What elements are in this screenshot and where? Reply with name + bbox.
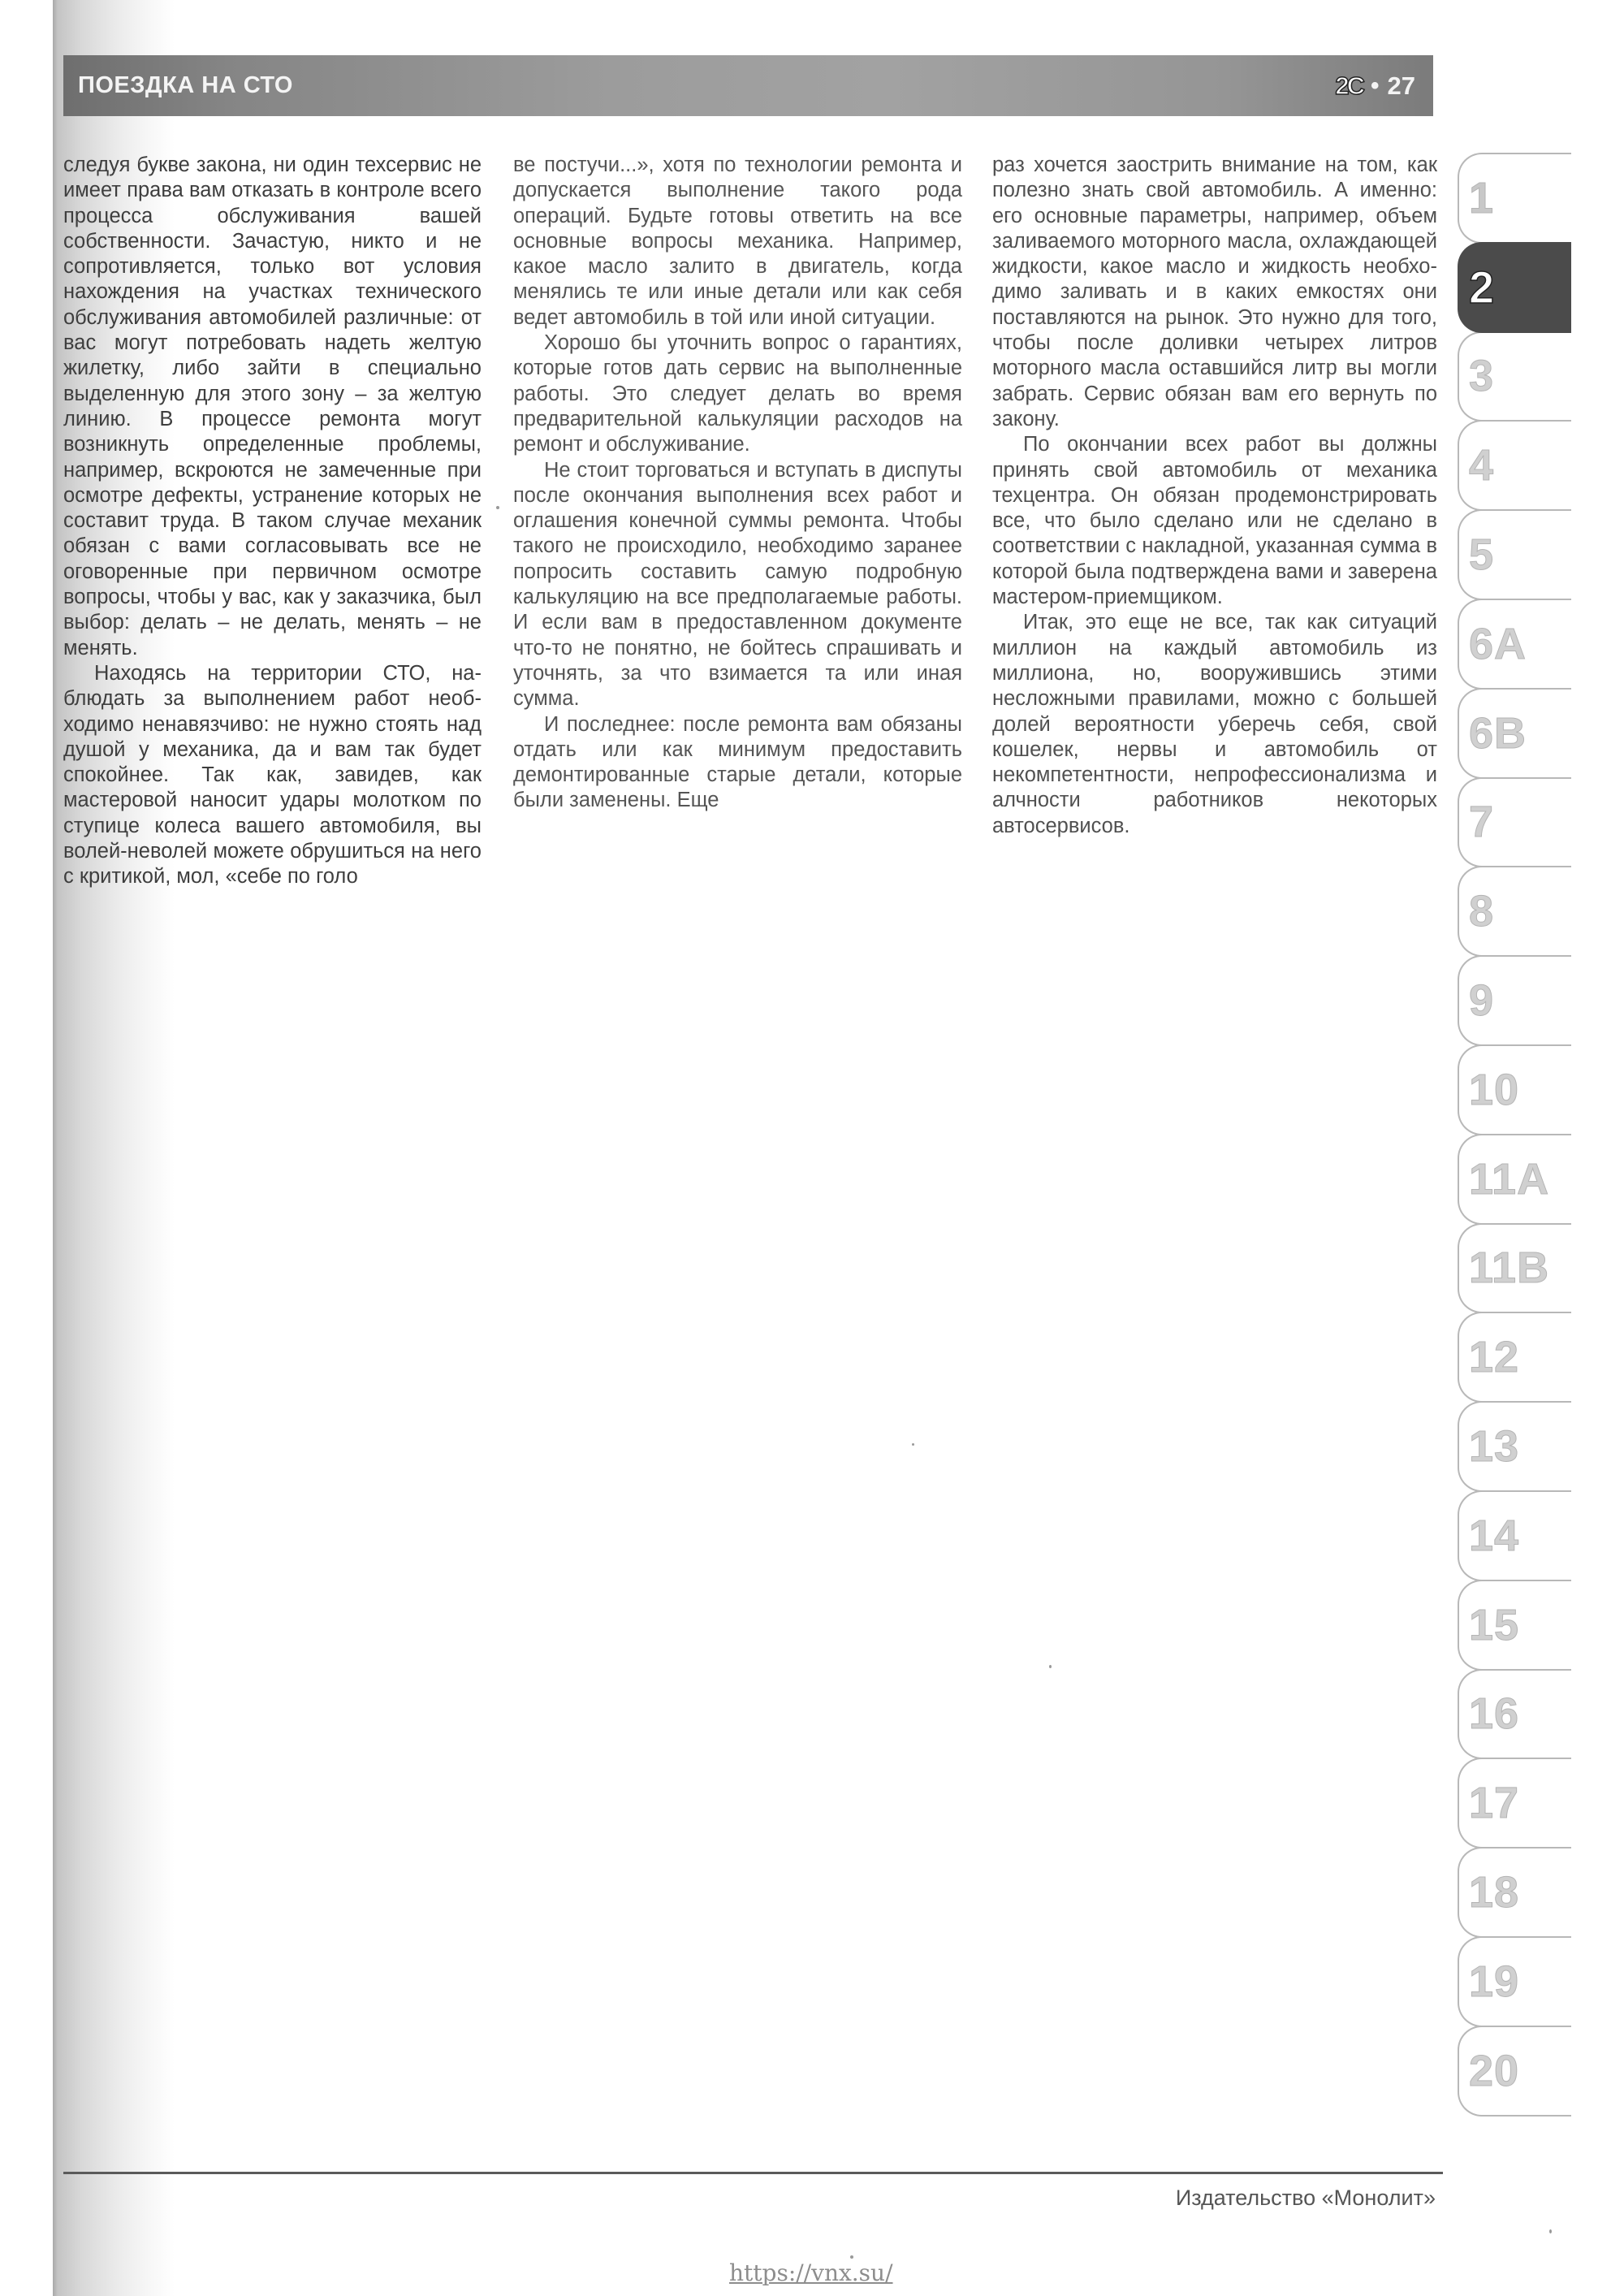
tab-label: 18: [1469, 1867, 1519, 1918]
scan-speck: [850, 2255, 853, 2259]
chapter-tab-9[interactable]: 9: [1458, 955, 1571, 1046]
scan-speck: [912, 1443, 914, 1446]
chapter-tab-4[interactable]: 4: [1458, 420, 1571, 511]
tab-label: 15: [1469, 1600, 1519, 1650]
chapter-tab-6b[interactable]: 6B: [1458, 688, 1571, 779]
tab-label: 12: [1469, 1332, 1519, 1382]
chapter-tab-6a[interactable]: 6A: [1458, 599, 1571, 690]
paragraph: Итак, это еще не все, так как ситу­аций …: [992, 610, 1437, 839]
tab-label: 3: [1469, 351, 1494, 401]
chapter-tab-11b[interactable]: 11B: [1458, 1223, 1571, 1314]
tab-label: 17: [1469, 1778, 1519, 1828]
chapter-tab-14[interactable]: 14: [1458, 1490, 1571, 1581]
scan-speck: [1549, 2229, 1552, 2233]
text-column-1: следуя букве закона, ни один техсер­вис …: [63, 153, 482, 890]
chapter-tab-16[interactable]: 16: [1458, 1669, 1571, 1760]
chapter-tab-7[interactable]: 7: [1458, 777, 1571, 868]
paragraph: Хорошо бы уточнить вопрос о га­рантиях, …: [513, 331, 962, 457]
tab-label: 16: [1469, 1688, 1519, 1739]
paragraph: По окончании всех работ вы должны принят…: [992, 432, 1437, 610]
publisher-credit: Издательство «Монолит»: [1176, 2186, 1436, 2211]
chapter-tab-8[interactable]: 8: [1458, 866, 1571, 957]
footer-divider: [63, 2172, 1443, 2174]
tab-label: 4: [1469, 440, 1494, 491]
paragraph: Находясь на территории СТО, на­блюдать з…: [63, 661, 482, 890]
chapter-tab-5[interactable]: 5: [1458, 509, 1571, 600]
watermark-link[interactable]: https://vnx.su/: [729, 2259, 893, 2286]
running-header: ПОЕЗДКА НА СТО 2C • 27: [63, 55, 1433, 116]
tab-label: 19: [1469, 1957, 1519, 2007]
tab-label: 11B: [1469, 1243, 1549, 1293]
paragraph: раз хочется заострить внимание на том, к…: [992, 153, 1437, 432]
tab-label: 20: [1469, 2046, 1519, 2096]
tab-label: 5: [1469, 530, 1494, 580]
scan-speck: [496, 506, 499, 509]
chapter-tab-18[interactable]: 18: [1458, 1847, 1571, 1938]
tab-label: 6B: [1469, 708, 1527, 759]
tab-label: 2: [1469, 261, 1495, 313]
paragraph: ве постучи...», хотя по технологии ре­мо…: [513, 153, 962, 331]
chapter-tab-11a[interactable]: 11A: [1458, 1134, 1571, 1225]
chapter-tab-13[interactable]: 13: [1458, 1401, 1571, 1492]
tab-label: 9: [1469, 975, 1494, 1026]
chapter-tab-1[interactable]: 1: [1458, 153, 1571, 244]
chapter-tab-3[interactable]: 3: [1458, 331, 1571, 422]
tab-label: 1: [1469, 173, 1494, 223]
chapter-tab-17[interactable]: 17: [1458, 1758, 1571, 1848]
chapter-tab-15[interactable]: 15: [1458, 1580, 1571, 1671]
paragraph: Не стоит торговаться и вступать в диспут…: [513, 458, 962, 712]
paragraph: И последнее: после ремонта вам обязаны о…: [513, 712, 962, 814]
tab-label: 13: [1469, 1421, 1519, 1472]
chapter-tab-19[interactable]: 19: [1458, 1936, 1571, 2027]
tab-label: 7: [1469, 797, 1494, 847]
tab-label: 14: [1469, 1511, 1519, 1561]
chapter-tab-12[interactable]: 12: [1458, 1312, 1571, 1403]
chapter-tabs: 1 2 3 4 5 6A 6B 7 8 9 10 11A 11B 12 13 1…: [1458, 154, 1571, 2117]
bullet-separator: •: [1371, 72, 1380, 100]
section-title: ПОЕЗДКА НА СТО: [78, 72, 293, 99]
chapter-tab-2[interactable]: 2: [1458, 242, 1571, 333]
scan-speck: [1049, 1665, 1052, 1668]
chapter-tab-20[interactable]: 20: [1458, 2026, 1571, 2117]
paragraph: следуя букве закона, ни один техсер­вис …: [63, 153, 482, 661]
tab-label: 11A: [1469, 1154, 1549, 1204]
page-info: 2C • 27: [1335, 71, 1415, 101]
chapter-tab-10[interactable]: 10: [1458, 1044, 1571, 1135]
book-logo-icon: 2C: [1335, 71, 1363, 101]
text-column-2: ве постучи...», хотя по технологии ре­мо…: [513, 153, 962, 814]
tab-label: 6A: [1469, 619, 1527, 669]
tab-label: 8: [1469, 886, 1494, 936]
text-column-3: раз хочется заострить внимание на том, к…: [992, 153, 1437, 839]
tab-label: 10: [1469, 1065, 1519, 1115]
article-body: следуя букве закона, ни один техсер­вис …: [63, 153, 1437, 884]
page-number: 27: [1388, 71, 1415, 101]
